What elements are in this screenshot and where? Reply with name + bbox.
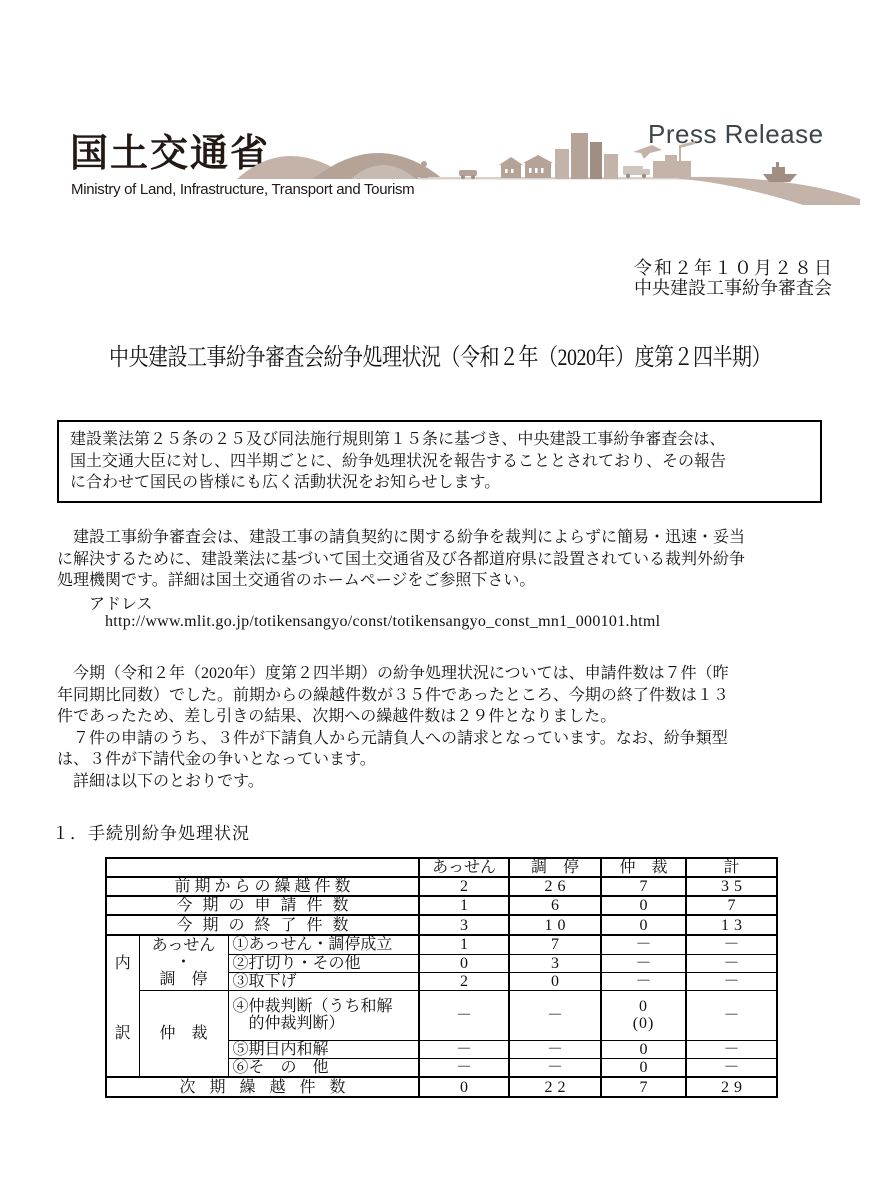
- cell-value: 29: [686, 1077, 777, 1097]
- intro-paragraph-2: 今期（令和２年（2020年）度第２四半期）の紛争処理状況については、申請件数は７…: [57, 663, 847, 792]
- factory-icon: [653, 141, 695, 178]
- address-label: アドレス: [89, 591, 153, 614]
- plane-icon: [633, 145, 662, 159]
- cell-value: －: [686, 1058, 777, 1077]
- corner-empty-cell: [106, 858, 419, 877]
- cell-value: －: [686, 935, 777, 954]
- cell-value: －: [686, 1040, 777, 1058]
- issuer-name: 中央建設工事紛争審査会: [634, 274, 832, 300]
- group-chusai: 仲 裁: [139, 990, 228, 1077]
- row-label: ⑤期日内和解: [228, 1040, 419, 1058]
- cell-value: 3: [509, 954, 601, 972]
- cell-value: －: [686, 972, 777, 990]
- table-row: 内 訳 あっせん ・ 調 停 ①あっせん・調停成立 1 7 － －: [106, 935, 777, 954]
- cell-value: 0: [601, 896, 686, 915]
- cell-value: 0: [601, 915, 686, 935]
- table-row: 仲 裁 ④仲裁判断（うち和解 的仲裁判断） － － 0 (0) －: [106, 990, 777, 1040]
- cell-value: －: [686, 954, 777, 972]
- cell-value: 1: [419, 935, 509, 954]
- row-label: ①あっせん・調停成立: [228, 935, 419, 954]
- homepage-url: http://www.mlit.go.jp/totikensangyo/cons…: [105, 613, 660, 631]
- table-row: 前期からの繰越件数 2 26 7 35: [106, 877, 777, 896]
- cell-value: 7: [601, 877, 686, 896]
- cell-value: 13: [686, 915, 777, 935]
- table-row: 今期の終了件数 3 10 0 13: [106, 915, 777, 935]
- cell-value: 1: [419, 896, 509, 915]
- cell-value: －: [419, 1058, 509, 1077]
- cell-value: 0: [509, 972, 601, 990]
- row-label: 次期繰越件数: [106, 1077, 419, 1097]
- cell-value: －: [601, 935, 686, 954]
- uchiwake-corner-cell: 内 訳: [106, 935, 139, 1077]
- cell-value: 6: [509, 896, 601, 915]
- cell-value: 2: [419, 877, 509, 896]
- table-row: 次期繰越件数 0 22 7 29: [106, 1077, 777, 1097]
- col-header-kei: 計: [686, 858, 777, 877]
- table-header-row: あっせん 調 停 仲 裁 計: [106, 858, 777, 877]
- cell-value: －: [601, 954, 686, 972]
- skyline-illustration: [233, 121, 860, 205]
- col-header-chotei: 調 停: [509, 858, 601, 877]
- document-page: Press Release 国土交通省 Ministry of Land, In…: [0, 0, 880, 1193]
- col-header-chusai: 仲 裁: [601, 858, 686, 877]
- uchiwake-bottom: 訳: [107, 991, 139, 1076]
- cell-value: 35: [686, 877, 777, 896]
- group-assen-chotei: あっせん ・ 調 停: [139, 935, 228, 990]
- table-row: 今期の申請件数 1 6 0 7: [106, 896, 777, 915]
- col-header-assen: あっせん: [419, 858, 509, 877]
- cell-value: 0: [601, 1058, 686, 1077]
- cell-value: －: [419, 990, 509, 1040]
- cell-value: 0: [419, 954, 509, 972]
- truck-icon: [623, 166, 650, 178]
- cell-value: 22: [509, 1077, 601, 1097]
- cell-value: －: [686, 990, 777, 1040]
- section1-heading: １．手続別紛争処理状況: [52, 819, 250, 844]
- row-label: ⑥そ の 他: [228, 1058, 419, 1077]
- cell-value: 26: [509, 877, 601, 896]
- row-label: ④仲裁判断（うち和解 的仲裁判断）: [228, 990, 419, 1040]
- cell-value: 7: [686, 896, 777, 915]
- cell-value: 10: [509, 915, 601, 935]
- row-label: 今期の終了件数: [106, 915, 419, 935]
- person-icon: [420, 161, 428, 178]
- document-title: 中央建設工事紛争審査会紛争処理状況（令和２年（2020年）度第２四半期）: [0, 338, 880, 372]
- cell-value: －: [509, 1040, 601, 1058]
- building-icon: [555, 133, 618, 179]
- cell-value: 7: [509, 935, 601, 954]
- intro-paragraph-1: 建設工事紛争審査会は、建設工事の請負契約に関する紛争を裁判によらずに簡易・迅速・…: [57, 527, 847, 592]
- cell-value: 0: [419, 1077, 509, 1097]
- cell-value: 3: [419, 915, 509, 935]
- cell-value: －: [509, 1058, 601, 1077]
- cell-value: －: [419, 1040, 509, 1058]
- row-label: 今期の申請件数: [106, 896, 419, 915]
- uchiwake-top: 内: [107, 936, 139, 991]
- summary-box: 建設業法第２５条の２５及び同法施行規則第１５条に基づき、中央建設工事紛争審査会は…: [57, 420, 822, 503]
- dispute-table: あっせん 調 停 仲 裁 計 前期からの繰越件数 2 26 7 35 今期の申請…: [105, 857, 778, 1098]
- cell-value: 0 (0): [601, 990, 686, 1040]
- cell-value: 2: [419, 972, 509, 990]
- cell-value: －: [601, 972, 686, 990]
- cell-value: 7: [601, 1077, 686, 1097]
- row-label: ③取下げ: [228, 972, 419, 990]
- house-icon: [499, 155, 553, 178]
- row-label: ②打切り・その他: [228, 954, 419, 972]
- ship-icon: [763, 162, 797, 182]
- hill-icon: [237, 153, 443, 179]
- row-label: 前期からの繰越件数: [106, 877, 419, 896]
- cell-value: 0: [601, 1040, 686, 1058]
- cell-value: －: [509, 990, 601, 1040]
